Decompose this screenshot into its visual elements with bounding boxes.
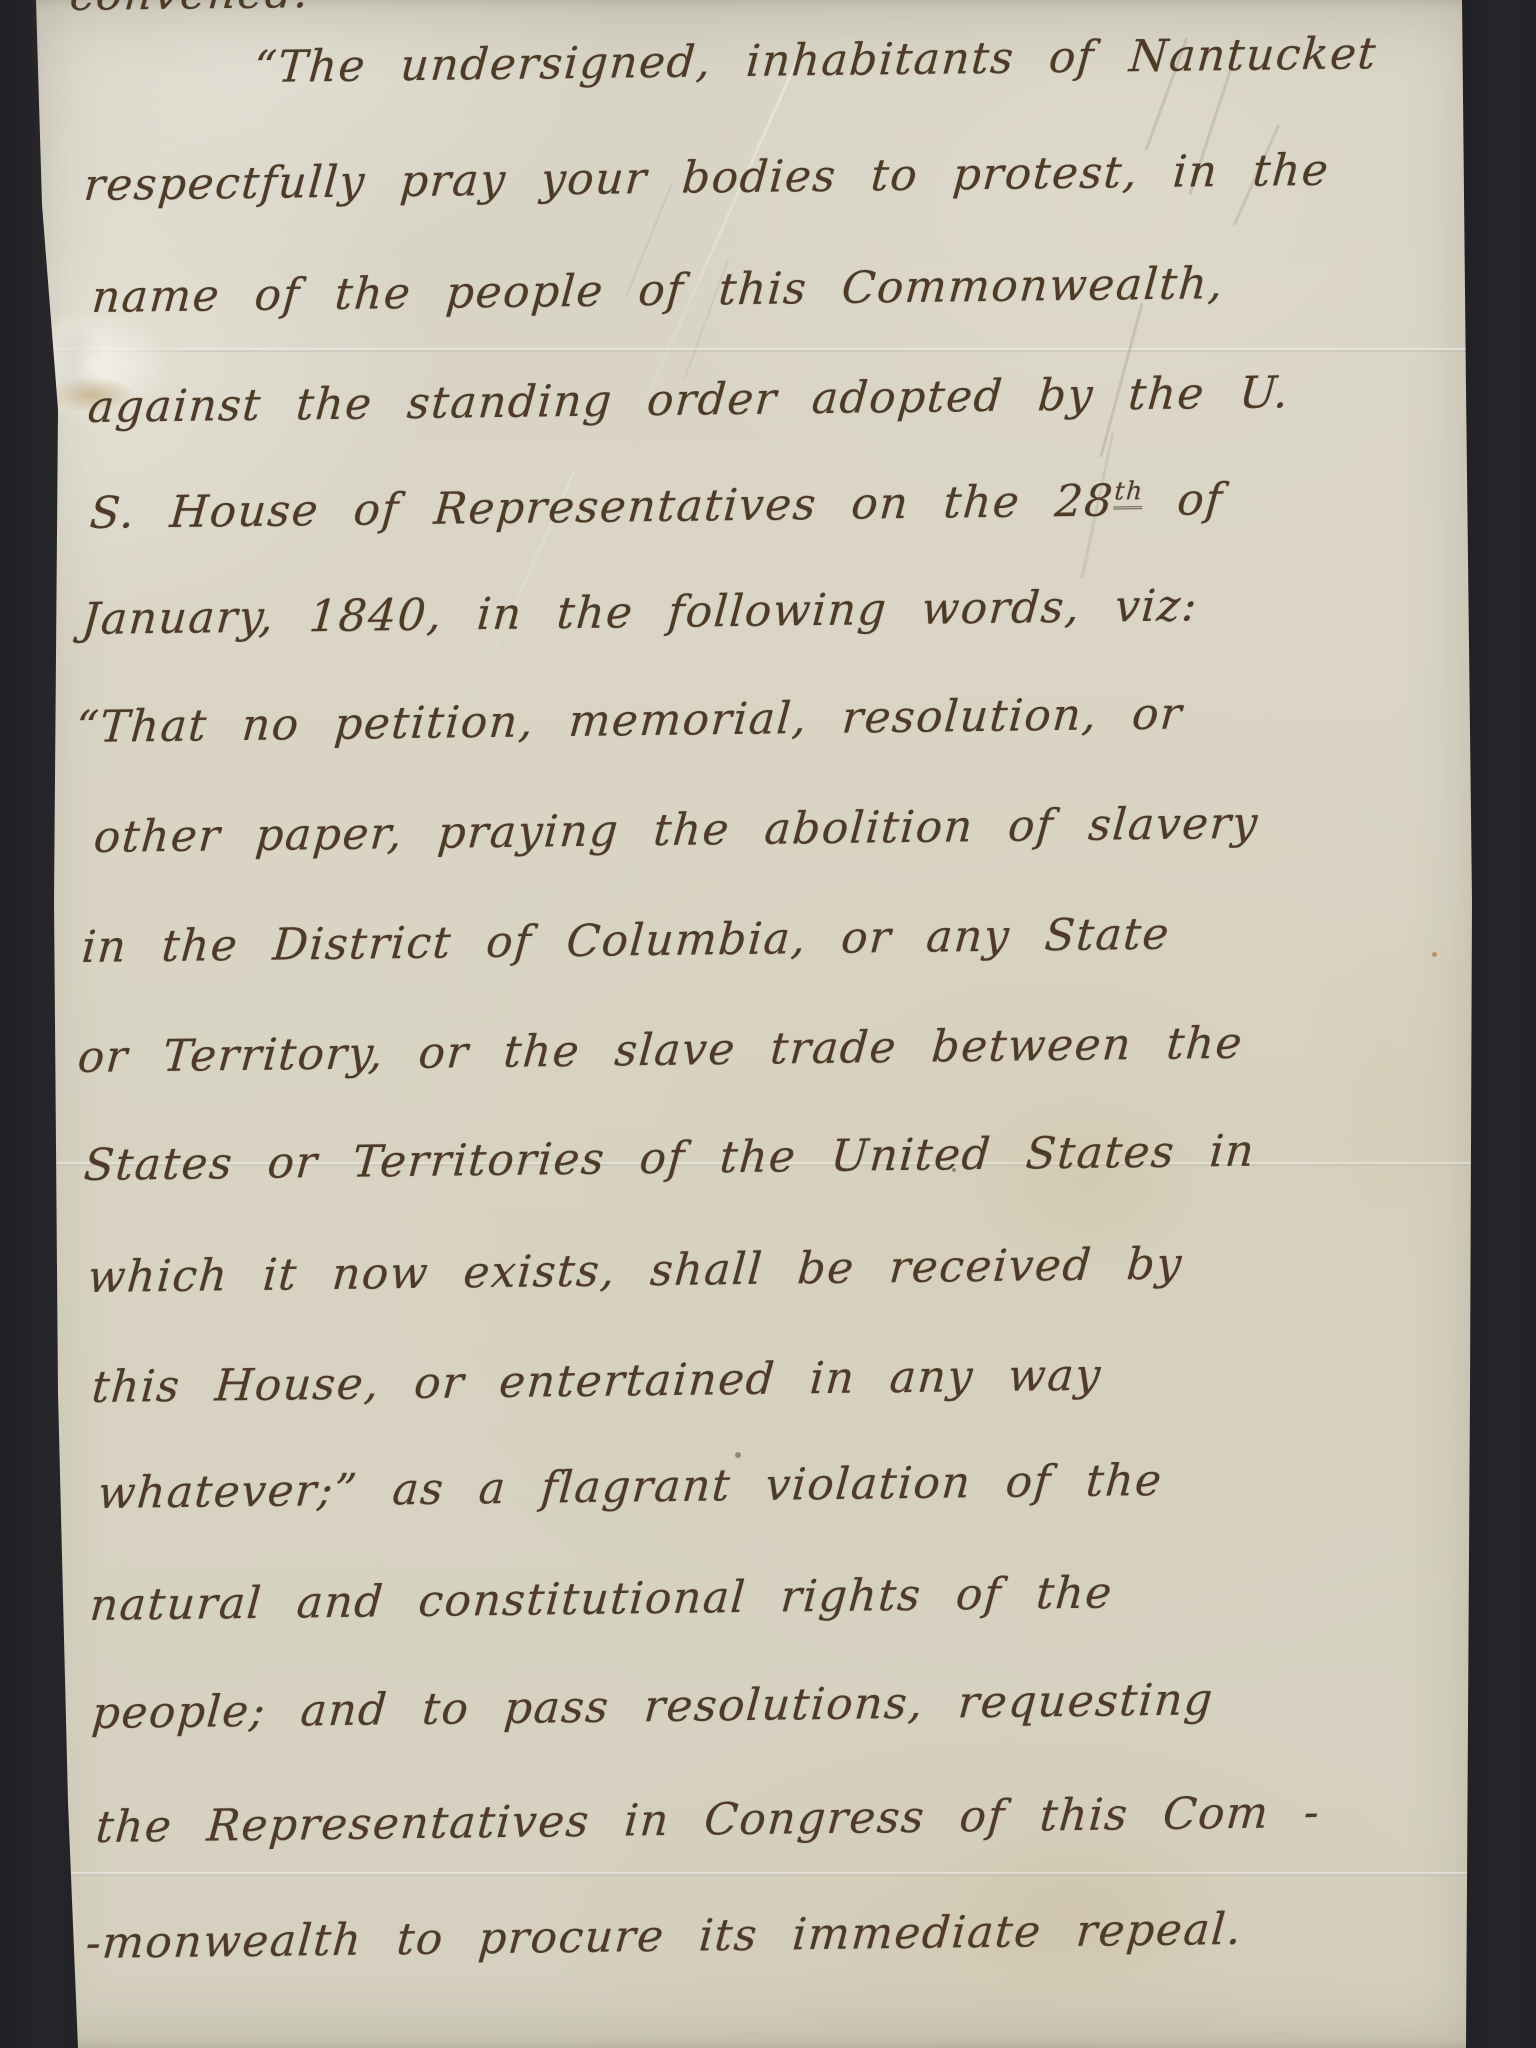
fold-crease	[40, 348, 1476, 352]
ink-speck	[1432, 952, 1437, 957]
paper-stain	[1300, 900, 1480, 1320]
handwriting-line-partial: convened:	[68, 0, 313, 21]
scanned-document-page: convened: “The undersigned, inhabitants …	[0, 0, 1536, 2048]
ink-speck	[735, 1452, 741, 1458]
superscript-ordinal: th	[1113, 476, 1145, 509]
fold-crease	[40, 1872, 1476, 1876]
line-text: of	[1141, 474, 1225, 526]
